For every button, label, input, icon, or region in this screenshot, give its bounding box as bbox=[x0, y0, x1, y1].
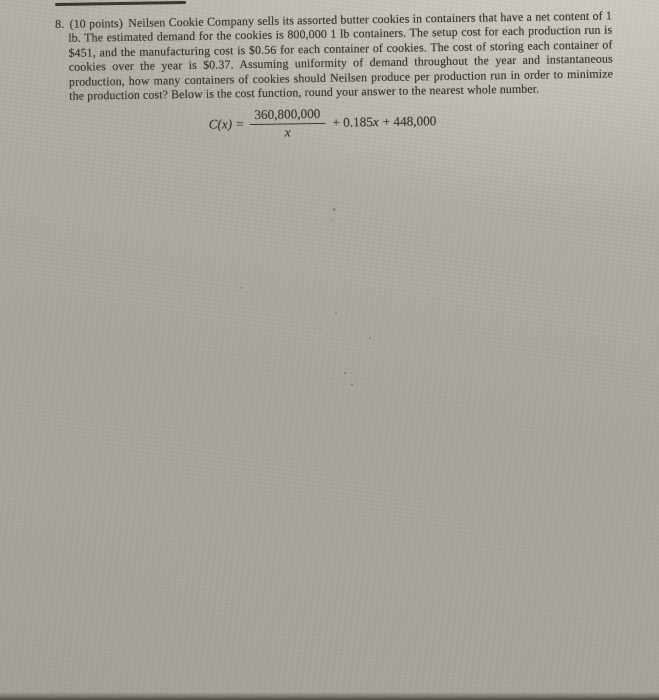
paper-speck bbox=[335, 312, 337, 314]
formula-term2-var: x bbox=[373, 114, 379, 129]
formula-term2-coeff: + 0.185 bbox=[332, 115, 373, 131]
formula-fraction: 360,800,000 x bbox=[249, 106, 325, 141]
problem-points: (10 points) bbox=[69, 16, 123, 31]
paper-speck bbox=[331, 219, 333, 221]
paper-speck bbox=[319, 327, 321, 329]
problem-text: Neilsen Cookie Company sells its assorte… bbox=[68, 8, 613, 102]
problem-statement: 8. (10 points) Neilsen Cookie Company se… bbox=[55, 8, 613, 103]
formula-lhs: C(x) bbox=[209, 117, 233, 133]
scan-content: 8. (10 points) Neilsen Cookie Company se… bbox=[55, 8, 614, 144]
paper-speck bbox=[369, 337, 371, 339]
scan-edge-shadow bbox=[0, 692, 659, 700]
formula-numerator: 360,800,000 bbox=[249, 106, 325, 125]
formula-denominator: x bbox=[285, 125, 291, 141]
paper-speck bbox=[333, 208, 335, 211]
paper-speck bbox=[344, 372, 346, 374]
formula-term3: + 448,000 bbox=[383, 114, 437, 130]
formula-tail: + 0.185x+ 448,000 bbox=[332, 114, 436, 132]
cropped-rule-line bbox=[55, 1, 186, 6]
formula-equals: = bbox=[236, 117, 244, 133]
problem-number: 8. bbox=[55, 17, 64, 31]
paper-speck bbox=[351, 384, 353, 386]
cost-function-formula: C(x) = 360,800,000 x + 0.185x+ 448,000 bbox=[208, 102, 613, 142]
paper-speck bbox=[240, 287, 242, 289]
scanned-page: 8. (10 points) Neilsen Cookie Company se… bbox=[0, 0, 659, 700]
